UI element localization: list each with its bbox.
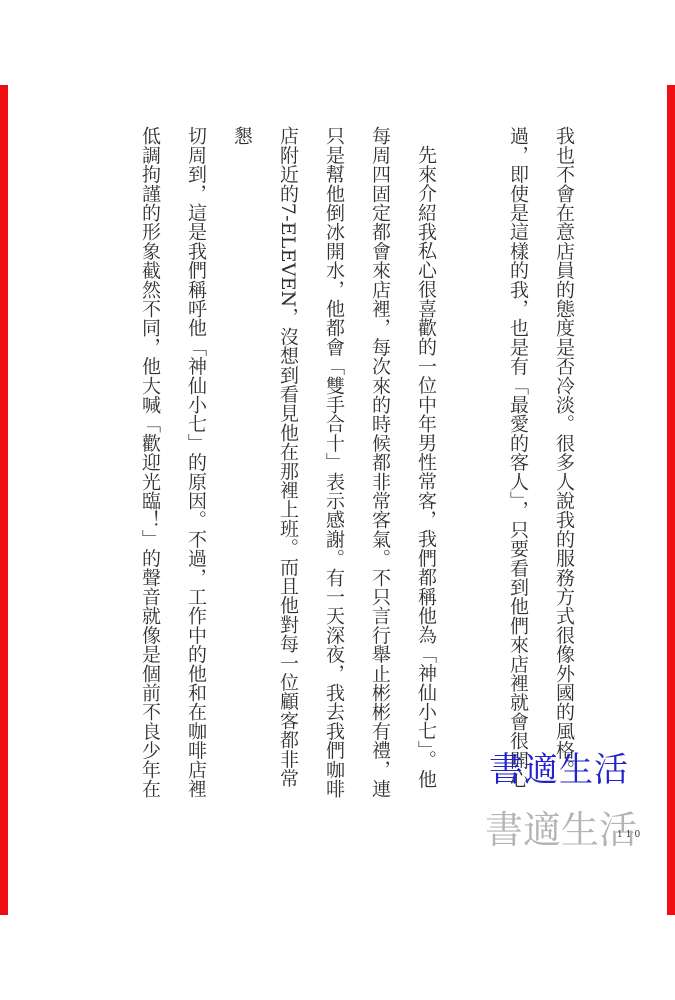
text-column: 低調拘謹的形象截然不同，他大喊「歡迎光臨！」的聲音就像是個前不良少年在: [127, 126, 173, 802]
body-text: 我也不會在意店員的態度是否冷淡。很多人說我的服務方式很像外國的風格。 過，即使是…: [127, 126, 587, 802]
text-column: 切周到，這是我們稱呼他「神仙小七」的原因。不過，工作中的他和在咖啡店裡: [173, 126, 219, 802]
text-column: 每周四固定都會來店裡，每次來的時候都非常客氣。不只言行舉止彬彬有禮，連: [357, 126, 403, 802]
watermark-gray: 書適生活: [485, 799, 637, 854]
text-column: 先來介紹我私心很喜歡的一位中年男性常客，我們都稱他為「神仙小七」。他: [403, 126, 449, 802]
text-column: 只是幫他倒冰開水，他都會「雙手合十」表示感謝。有一天深夜，我去我們咖啡: [311, 126, 357, 802]
text-column: 過，即使是這樣的我，也是有「最愛的客人」，只要看到他們來店裡就會很開心: [495, 126, 541, 802]
book-page: 我也不會在意店員的態度是否冷淡。很多人說我的服務方式很像外國的風格。 過，即使是…: [0, 0, 675, 1000]
right-red-border: [667, 85, 675, 915]
text-column: 店附近的7-ELEVEN，沒想到看見他在那裡上班。而且他對每一位顧客都非常懇: [219, 126, 311, 802]
text-column: 我也不會在意店員的態度是否冷淡。很多人說我的服務方式很像外國的風格。: [541, 126, 587, 802]
page-number: 110: [617, 830, 643, 840]
left-red-border: [0, 85, 8, 915]
